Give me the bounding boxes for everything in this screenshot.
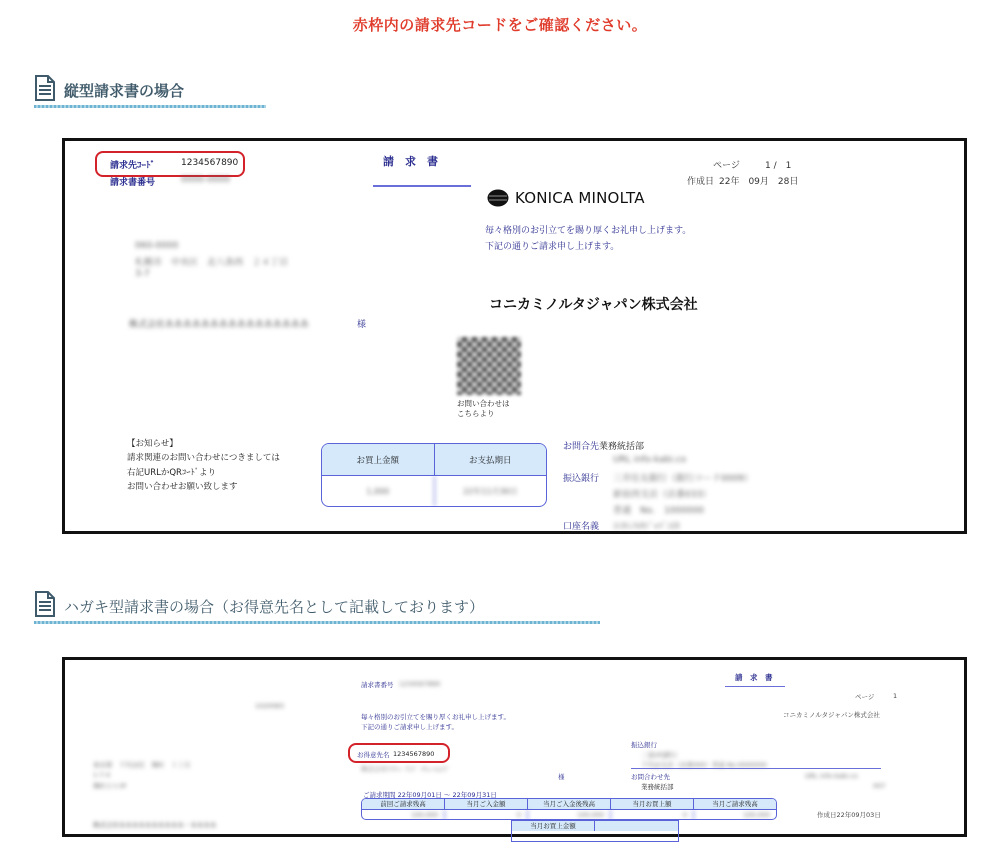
customer-name: 株式会社ｱｲﾃｨｰ ｱﾝﾄﾞ ｿﾘｭｰｼｮﾝｽﾞ — [361, 764, 450, 773]
table-cell: 100,000 — [528, 810, 611, 820]
sub-table-header: 当月お買上金額 — [512, 821, 595, 831]
title-underline — [373, 185, 471, 187]
section-title: ハガキ型請求書の場合（お得意先名として記載しております） — [64, 596, 484, 617]
contact-url: URL info-kabi.co — [613, 455, 686, 465]
contact-value: 業務統括部 — [641, 782, 674, 791]
greeting-line-2: 下記の通りご請求申し上げます。 — [485, 239, 619, 252]
postcard-invoice-sample: 1020083 請求書番号 1234567890 毎々格別のお引立てを賜り厚くお… — [62, 657, 967, 837]
page-label: ページ — [713, 158, 740, 171]
customer-code-value: 1234567890 — [393, 750, 434, 758]
address-line-2: 3-7 — [135, 269, 150, 279]
table-cell: 1,000 — [322, 476, 435, 506]
doc-title: 請 求 書 — [735, 672, 773, 683]
globe-logo-icon — [487, 189, 509, 207]
contact-label: お問合わせ先 — [631, 772, 670, 781]
contact-label: お問合先 — [563, 439, 599, 452]
page-label: ページ — [855, 692, 874, 701]
sub-table: 当月お買上金額 — [511, 820, 679, 842]
table-header: お支払期日 — [435, 444, 547, 475]
bank-line-1: 三菱UFJ銀行 — [641, 750, 677, 759]
invoice-number-label: 請求書番号 — [361, 680, 394, 689]
customer-name: 株式会社ああああああああああああああああ — [129, 317, 309, 330]
created-value: 22年 09月 28日 — [719, 174, 798, 187]
account-value: ｺﾆｶﾐﾉﾙﾀｼﾞｬﾊﾟﾝ(ｶ — [613, 519, 680, 532]
bank-divider — [631, 768, 881, 769]
table-header: お買上金額 — [322, 444, 435, 475]
amount-table: お買上金額 お支払期日 1,000 22年11月30日 — [321, 443, 547, 507]
billing-code-value: 1234567890 — [181, 158, 238, 168]
invoice-number-value: 1234567890 — [399, 680, 440, 688]
table-header: 当月お買上額 — [611, 799, 694, 809]
table-header: 前回ご請求残高 — [362, 799, 445, 809]
sub-table-header-empty — [595, 821, 678, 831]
table-cell: 0 — [611, 810, 694, 820]
honorific: 様 — [357, 317, 366, 330]
table-header: 当月ご入金額 — [445, 799, 528, 809]
section-vertical-invoice-heading: 縦型請求書の場合 — [34, 74, 266, 108]
summary-table: 前回ご請求残高当月ご入金額当月ご入金後残高当月お買上額当月ご請求残高 100,0… — [361, 798, 777, 820]
created-date: 作成日22年09月03日 — [817, 810, 881, 819]
qr-caption: お問い合わせは こちらより — [457, 399, 510, 419]
address-line-1: 東京都 千代田区 麹町 １丁目 — [93, 760, 191, 769]
address-line-1: 札幌市 中央区 北八条西 ２４丁目 — [135, 255, 288, 268]
bank-line-2: 新宿西支店（店番033） — [613, 487, 711, 500]
document-icon — [34, 591, 56, 617]
postal-code: 1020083 — [255, 702, 284, 710]
vertical-invoice-sample: 請求先ｺｰﾄﾞ 1234567890 請求書番号 0000-0000 請 求 書… — [62, 138, 967, 534]
created-label: 作成日 — [687, 174, 714, 187]
heading-underline — [34, 105, 266, 108]
page-value: 1 / 1 — [765, 158, 791, 171]
invoice-number-label: 請求書番号 — [110, 175, 155, 188]
honorific: 様 — [558, 772, 565, 781]
page-value: 1 — [893, 692, 897, 700]
notice-message: 赤枠内の請求先コードをご確認ください。 — [0, 14, 1000, 35]
bank-label: 振込銀行 — [563, 471, 599, 484]
billing-code-label: 請求先ｺｰﾄﾞ — [110, 158, 155, 171]
table-cell: 0 — [445, 810, 528, 820]
greeting-line-1: 毎々格別のお引立てを賜り厚くお礼申し上げます。 — [361, 712, 510, 721]
table-header: 当月ご入金後残高 — [528, 799, 611, 809]
contact-url: URL info-kabi.co — [805, 772, 858, 780]
section-title: 縦型請求書の場合 — [64, 80, 184, 101]
doc-title: 請 求 書 — [383, 153, 438, 169]
company-name: コニカミノルタジャパン株式会社 — [783, 710, 880, 719]
bank-label: 振込銀行 — [631, 740, 657, 749]
contact-value: 業務統括部 — [599, 439, 644, 452]
contact-extra: 007 — [873, 782, 885, 790]
address-line-2: 1-7-4 — [93, 771, 110, 779]
document-icon — [34, 75, 56, 101]
qr-code[interactable] — [457, 337, 521, 395]
bank-line-1: 三井住友銀行（銀行コード0009） — [613, 471, 753, 484]
table-cell: 100,000 — [362, 810, 445, 820]
notice-block: 【お知らせ】 請求関連のお問い合わせにつきましては 右記URLかQRｺｰﾄﾞより… — [127, 437, 280, 495]
table-cell: 22年11月30日 — [435, 476, 547, 506]
table-cell: 100,000 — [694, 810, 776, 820]
customer-code-label: お得意先名 — [357, 750, 390, 759]
greeting-line-1: 毎々格別のお引立てを賜り厚くお礼申し上げます。 — [485, 223, 691, 236]
customer-block-name: 株式会社ああああああああああ・ああああ — [93, 820, 217, 829]
title-underline — [725, 686, 785, 687]
company-name: コニカミノルタジャパン株式会社 — [489, 294, 698, 314]
table-header: 当月ご請求残高 — [694, 799, 776, 809]
heading-underline — [34, 621, 600, 624]
greeting-line-2: 下記の通りご請求申し上げます。 — [361, 722, 458, 731]
postal-code: 060-0000 — [135, 241, 178, 251]
bank-line-3: 普通 No. 1000000 — [613, 503, 704, 516]
address-line-3: 麹町ビル3F — [93, 781, 127, 790]
account-label: 口座名義 — [563, 519, 599, 532]
section-postcard-invoice-heading: ハガキ型請求書の場合（お得意先名として記載しております） — [34, 590, 600, 624]
invoice-number-value: 0000-0000 — [181, 175, 230, 185]
konica-minolta-logo: KONICA MINOLTA — [487, 189, 645, 207]
